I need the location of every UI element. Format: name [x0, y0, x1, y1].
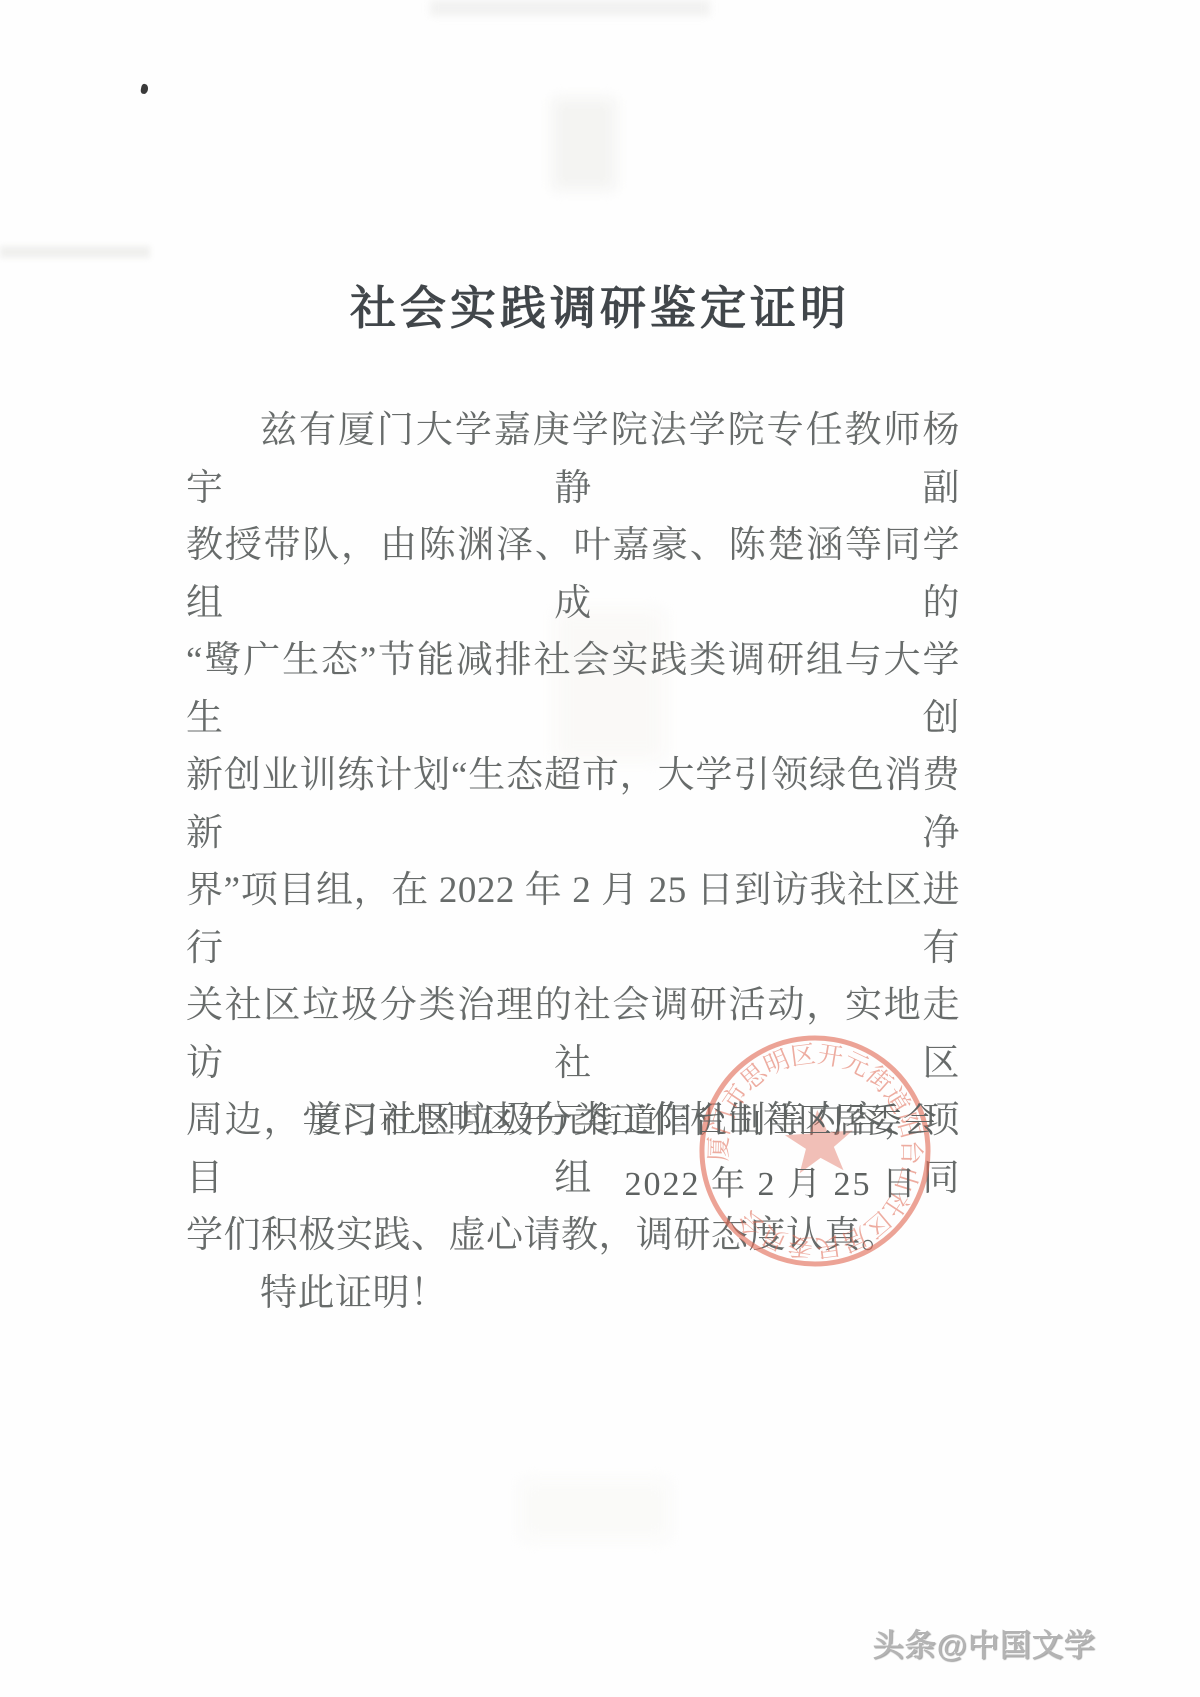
issuer-signature: 厦门市思明区开元街道阳台山社区居委会	[308, 1093, 938, 1142]
body-line: 界”项目组，在 2022 年 2 月 25 日到访我社区进行有	[186, 862, 960, 977]
scan-artifact-smudge	[430, 0, 710, 16]
body-line: 特此证明！	[186, 1265, 960, 1323]
scan-artifact-smudge	[552, 98, 616, 190]
scan-artifact-smudge	[0, 246, 150, 258]
body-line: 教授带队，由陈渊泽、叶嘉豪、陈楚涵等同学组成的	[186, 517, 960, 632]
body-line: 兹有厦门大学嘉庚学院法学院专任教师杨宇静副	[186, 402, 960, 517]
body-line: 学们积极实践、虚心请教，调研态度认真。	[186, 1207, 960, 1265]
scan-artifact-smudge	[520, 1480, 670, 1540]
body-line: “鹭广生态”节能减排社会实践类调研组与大学生创	[186, 632, 960, 747]
body-line: 新创业训练计划“生态超市，大学引领绿色消费新净	[186, 747, 960, 862]
document-date: 2022 年 2 月 25 日	[625, 1156, 919, 1205]
document-title: 社会实践调研鉴定证明	[0, 272, 1200, 338]
scan-artifact-ink-speck	[140, 83, 149, 94]
body-line: 关社区垃圾分类治理的社会调研活动，实地走访社区	[186, 977, 960, 1092]
toutiao-watermark: 头条@中国文学	[873, 1620, 1096, 1665]
scanned-certificate-page: 社会实践调研鉴定证明 兹有厦门大学嘉庚学院法学院专任教师杨宇静副教授带队，由陈渊…	[0, 0, 1200, 1697]
